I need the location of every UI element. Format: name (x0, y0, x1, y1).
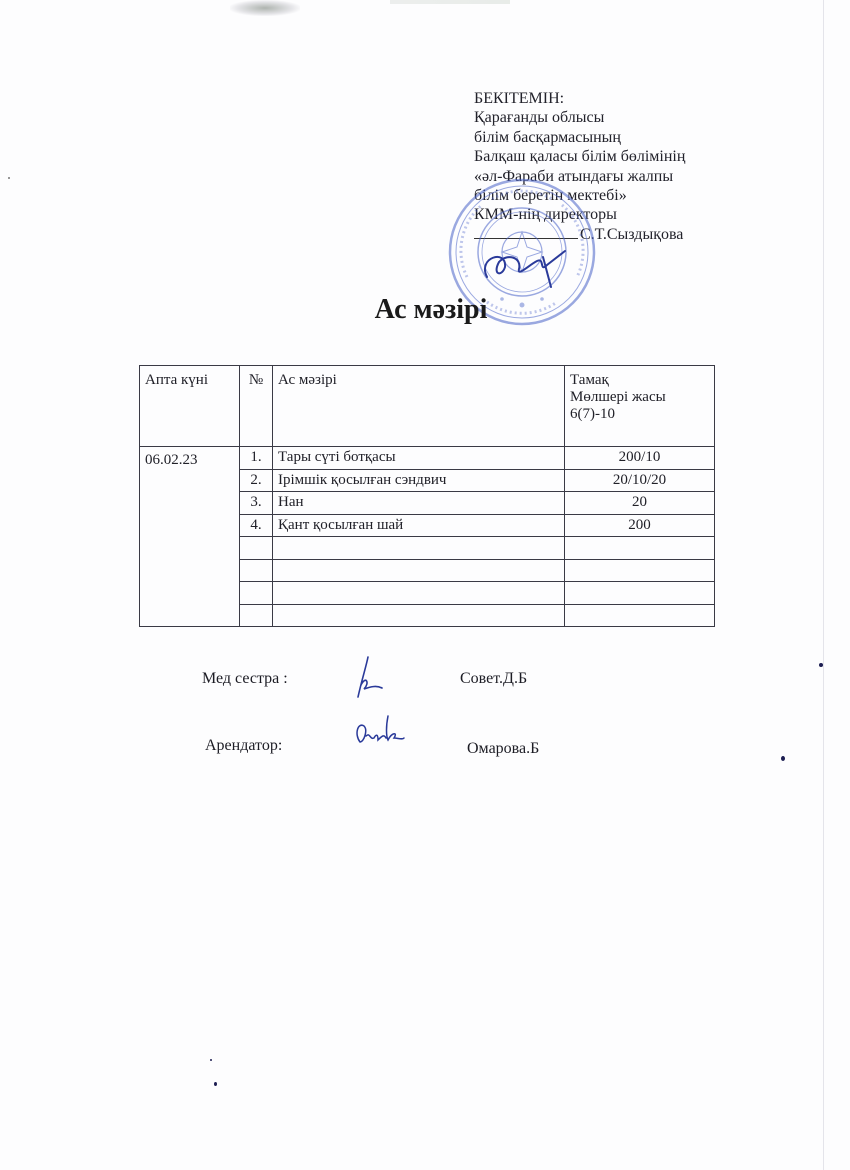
row-amount (565, 604, 715, 627)
header-dish: Ас мәзірі (273, 366, 565, 447)
header-day: Апта күні (140, 366, 240, 447)
approval-signature-line: С.Т.Сыздықова (474, 225, 685, 244)
approval-line: КММ-нің директоры (474, 205, 685, 224)
row-amount (565, 582, 715, 605)
row-dish (273, 537, 565, 560)
row-amount: 200 (565, 514, 715, 537)
row-dish (273, 582, 565, 605)
row-amount (565, 559, 715, 582)
row-amount (565, 537, 715, 560)
scan-speck (819, 663, 823, 667)
row-amount: 200/10 (565, 447, 715, 470)
scan-speck (210, 1059, 212, 1061)
row-dish: Нан (273, 492, 565, 515)
scan-smudge (390, 0, 510, 4)
scan-edge (823, 0, 824, 1170)
date-cell: 06.02.23 (140, 447, 240, 627)
page-title: Ас мәзірі (375, 294, 488, 325)
signature-blank (474, 238, 578, 239)
approval-line: білім беретін мектебі» (474, 186, 685, 205)
tenant-signature-icon (352, 712, 406, 748)
row-dish: Ірімшік қосылған сэндвич (273, 469, 565, 492)
row-amount: 20/10/20 (565, 469, 715, 492)
tenant-label: Арендатор: (205, 737, 282, 755)
row-number: 2. (240, 469, 273, 492)
approval-heading: БЕКІТЕМІН: (474, 89, 685, 108)
row-number (240, 537, 273, 560)
row-dish: Тары сүті ботқасы (273, 447, 565, 470)
row-amount: 20 (565, 492, 715, 515)
nurse-signature-icon (352, 655, 388, 701)
scan-speck (214, 1082, 217, 1086)
approval-line: «әл-Фараби атындағы жалпы (474, 167, 685, 186)
header-amount: Тамақ Мөлшері жасы 6(7)-10 (565, 366, 715, 447)
row-number: 1. (240, 447, 273, 470)
page-title-wrap: Ас мәзірі (0, 294, 850, 326)
row-number: 4. (240, 514, 273, 537)
table-header-row: Апта күні № Ас мәзірі Тамақ Мөлшері жасы… (140, 366, 715, 447)
table-row: 06.02.23 1. Тары сүті ботқасы 200/10 (140, 447, 715, 470)
approval-line: Қарағанды облысы (474, 108, 685, 127)
nurse-label: Мед сестра : (202, 670, 288, 688)
menu-table: Апта күні № Ас мәзірі Тамақ Мөлшері жасы… (139, 365, 715, 627)
header-number: № (240, 366, 273, 447)
header-amount-line: Мөлшері жасы (570, 389, 709, 406)
tenant-name: Омарова.Б (467, 740, 539, 758)
row-number (240, 604, 273, 627)
approval-block: БЕКІТЕМІН: Қарағанды облысы білім басқар… (474, 89, 685, 244)
scan-smudge (230, 0, 300, 16)
scan-speck (781, 756, 785, 761)
director-name: С.Т.Сыздықова (580, 226, 683, 243)
nurse-name: Совет.Д.Б (460, 670, 527, 688)
scan-speck (8, 177, 10, 179)
row-dish (273, 604, 565, 627)
approval-line: білім басқармасының (474, 128, 685, 147)
header-amount-line: 6(7)-10 (570, 406, 709, 423)
approval-line: Балқаш қаласы білім бөлімінің (474, 147, 685, 166)
row-number (240, 582, 273, 605)
row-number (240, 559, 273, 582)
row-number: 3. (240, 492, 273, 515)
row-dish: Қант қосылған шай (273, 514, 565, 537)
header-amount-line: Тамақ (570, 372, 709, 389)
row-dish (273, 559, 565, 582)
